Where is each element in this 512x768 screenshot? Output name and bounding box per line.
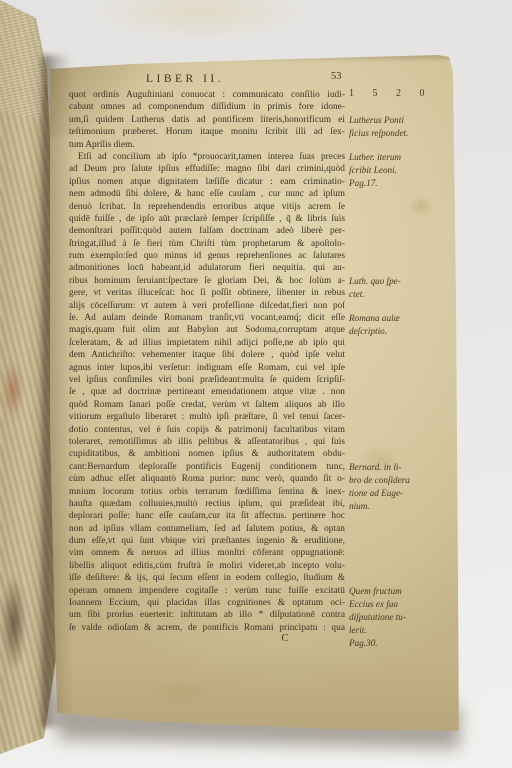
margin-note-line: Pag.17. xyxy=(349,177,453,190)
text-line: ſe. Ad aulam deinde Romanam tranſit,vti … xyxy=(69,312,345,324)
text-line: tum Aprilis diem. xyxy=(69,139,345,151)
margin-note-line: deſcriptio. xyxy=(349,325,453,338)
text-line: denuò ſcribat. In reprehendendis errorib… xyxy=(69,201,345,213)
text-line: ipſius nomen atque dignitatem læſiſſe di… xyxy=(69,176,345,188)
margin-note-line: nium. xyxy=(349,500,453,513)
margin-note-line: Lutherus Ponti xyxy=(349,114,453,127)
text-line: Ioannem Eccium, qui placidas illas cogni… xyxy=(69,597,345,609)
text-line: vim omnem & neruos ad illius monſtri cōf… xyxy=(69,547,345,559)
text-line: dem Antichriſto: vehementer itaque ſibi … xyxy=(69,349,345,361)
margin-note: Bernard. in li-bro de conſideratione ad … xyxy=(349,461,453,513)
margin-note: Lutherus Pontificius reſpondet. xyxy=(349,114,453,140)
text-line: operam omnem impendere cogitaſſe : verùm… xyxy=(69,585,345,597)
text-line: quot ordinis Auguſtiniani conuocat : com… xyxy=(69,89,345,101)
text-line: ſe , quæ ad doctrinæ pertineant emendati… xyxy=(69,386,345,398)
margin-note-line: Romana aulæ xyxy=(349,312,453,325)
text-line: quòd Romam ſanari poſſe credat, verùm vt… xyxy=(69,399,345,411)
margin-note-line: Luther. iterum xyxy=(349,151,453,164)
text-line: deplorari poſſe: hanc eſſe cauſam,cur it… xyxy=(69,510,345,522)
text-line: iſſe deſiſtere: & ijs, qui ſecum eſſent … xyxy=(69,572,345,584)
margin-note: Luther. iterumſcribit Leoni.Pag.17. xyxy=(349,151,453,190)
text-line: cupiditatibus, & ambitioni nomen ipſius … xyxy=(69,448,345,460)
margin-note-line: lerit. xyxy=(349,624,453,637)
text-line: magis,quam fuit olim aut Babylon aut Sod… xyxy=(69,324,345,336)
margin-note-line: ficius reſpondet. xyxy=(349,127,453,140)
text-line: libellis aliquot editis,cùm fruſtrà ſe m… xyxy=(69,560,345,572)
margin-note-line: Pag.30. xyxy=(349,637,453,650)
text-line: dum eſſe,vt qui ſunt vbique viri præſtan… xyxy=(69,535,345,547)
margin-note: Quem fructumEccius ex ſuadiſputatione tu… xyxy=(349,585,453,650)
text-line: cant:Bernardum deploraſſe pontificis Eug… xyxy=(69,461,345,473)
margin-note-line: Quem fructum xyxy=(349,585,453,598)
text-line: vitiorum ergaſtulo liberaret : multò ipſ… xyxy=(69,411,345,423)
text-line: ribus hominum ſeruiant:ſpectare ſe glori… xyxy=(69,275,345,287)
text-line: nem admodū ſibi dolere, & hanc eſſe cauſ… xyxy=(69,188,345,200)
text-line: dotio contentus, vel è ſuis copijs & pat… xyxy=(69,424,345,436)
text-line: teſtimonium præberet. Horum itaque monit… xyxy=(69,126,345,138)
photo-of-open-book: { "book": { "header": { "title": "LIBER … xyxy=(0,0,512,768)
text-line: vel ipſius conſimiles viri boni præſidea… xyxy=(69,374,345,386)
text-line: quidē fuiſſe , de ipſo aūt præclarè ſemp… xyxy=(69,213,345,225)
text-line: ſtringat,illud à ſe fieri tùm Chriſti tù… xyxy=(69,238,345,250)
running-header: LIBER II. xyxy=(146,73,224,85)
margin-note-line: ctet. xyxy=(349,288,453,301)
margin-note-line: tione ad Euge- xyxy=(349,487,453,500)
text-line: gere, vt veritas illuceſcat: hoc ſi poſſ… xyxy=(69,287,345,299)
printed-content: LIBER II. 53 1 5 2 0 quot ordinis Auguſt… xyxy=(0,0,512,768)
text-line: ſe valde odioſam & acrem, de pontificis … xyxy=(69,622,345,634)
text-line: rum exemplo:ſed quo minus id genus repre… xyxy=(69,250,345,262)
text-line: cabant omnes ad componendum diſſidium in… xyxy=(69,101,345,113)
text-line: ſceleratam, & ad illius impietatem nihil… xyxy=(69,337,345,349)
text-line: toleraret, remotiſſimus ab illis peſtibu… xyxy=(69,436,345,448)
margin-note-line: Luth. quo ſpe- xyxy=(349,275,453,288)
text-line: um,ſi quidem Lutherus datis ad pontifice… xyxy=(69,114,345,126)
margin-note: Romana aulædeſcriptio. xyxy=(349,312,453,338)
text-line: mnium locorum totius orbis terrarum fœdi… xyxy=(69,486,345,498)
margin-note-line: Eccius ex ſua xyxy=(349,598,453,611)
text-line: agnus inter lupos,ibi verſetur: indignam… xyxy=(69,362,345,374)
text-line: hauſta quædam colluuies,multò rectius ip… xyxy=(69,498,345,510)
text-line: non ad ipſius vllam contumeliam, ſed ad … xyxy=(69,523,345,535)
text-line: um ſibi prorſus euerterit: inſtitutam ab… xyxy=(69,609,345,621)
main-text-block: quot ordinis Auguſtiniani conuocat : com… xyxy=(69,89,345,634)
text-line: ad Deum pro ſalute ipſius effudiſſe: mag… xyxy=(69,163,345,175)
margin-note-line: bro de conſidera xyxy=(349,474,453,487)
margin-note-line: diſputatione tu- xyxy=(349,611,453,624)
text-line: cùm adhuc eſſet aliquantò Roma purior: n… xyxy=(69,473,345,485)
text-line: alijs cōceſſurum: vt autem à veri profeſ… xyxy=(69,300,345,312)
signature-mark: C xyxy=(272,632,298,644)
margin-note-line: Bernard. in li- xyxy=(349,461,453,474)
text-line: admonitiones locū habeant,id adulatorum … xyxy=(69,262,345,274)
margin-note-line: ſcribit Leoni. xyxy=(349,164,453,177)
page-number: 53 xyxy=(331,71,342,82)
margin-note: Luth. quo ſpe-ctet. xyxy=(349,275,453,301)
marginal-year: 1 5 2 0 xyxy=(349,88,433,99)
text-line: demonſtrari poſſit:quòd autem falſam doc… xyxy=(69,225,345,237)
text-line: Etſi ad concilium ab ipſo *prouocarit,ta… xyxy=(69,151,345,163)
